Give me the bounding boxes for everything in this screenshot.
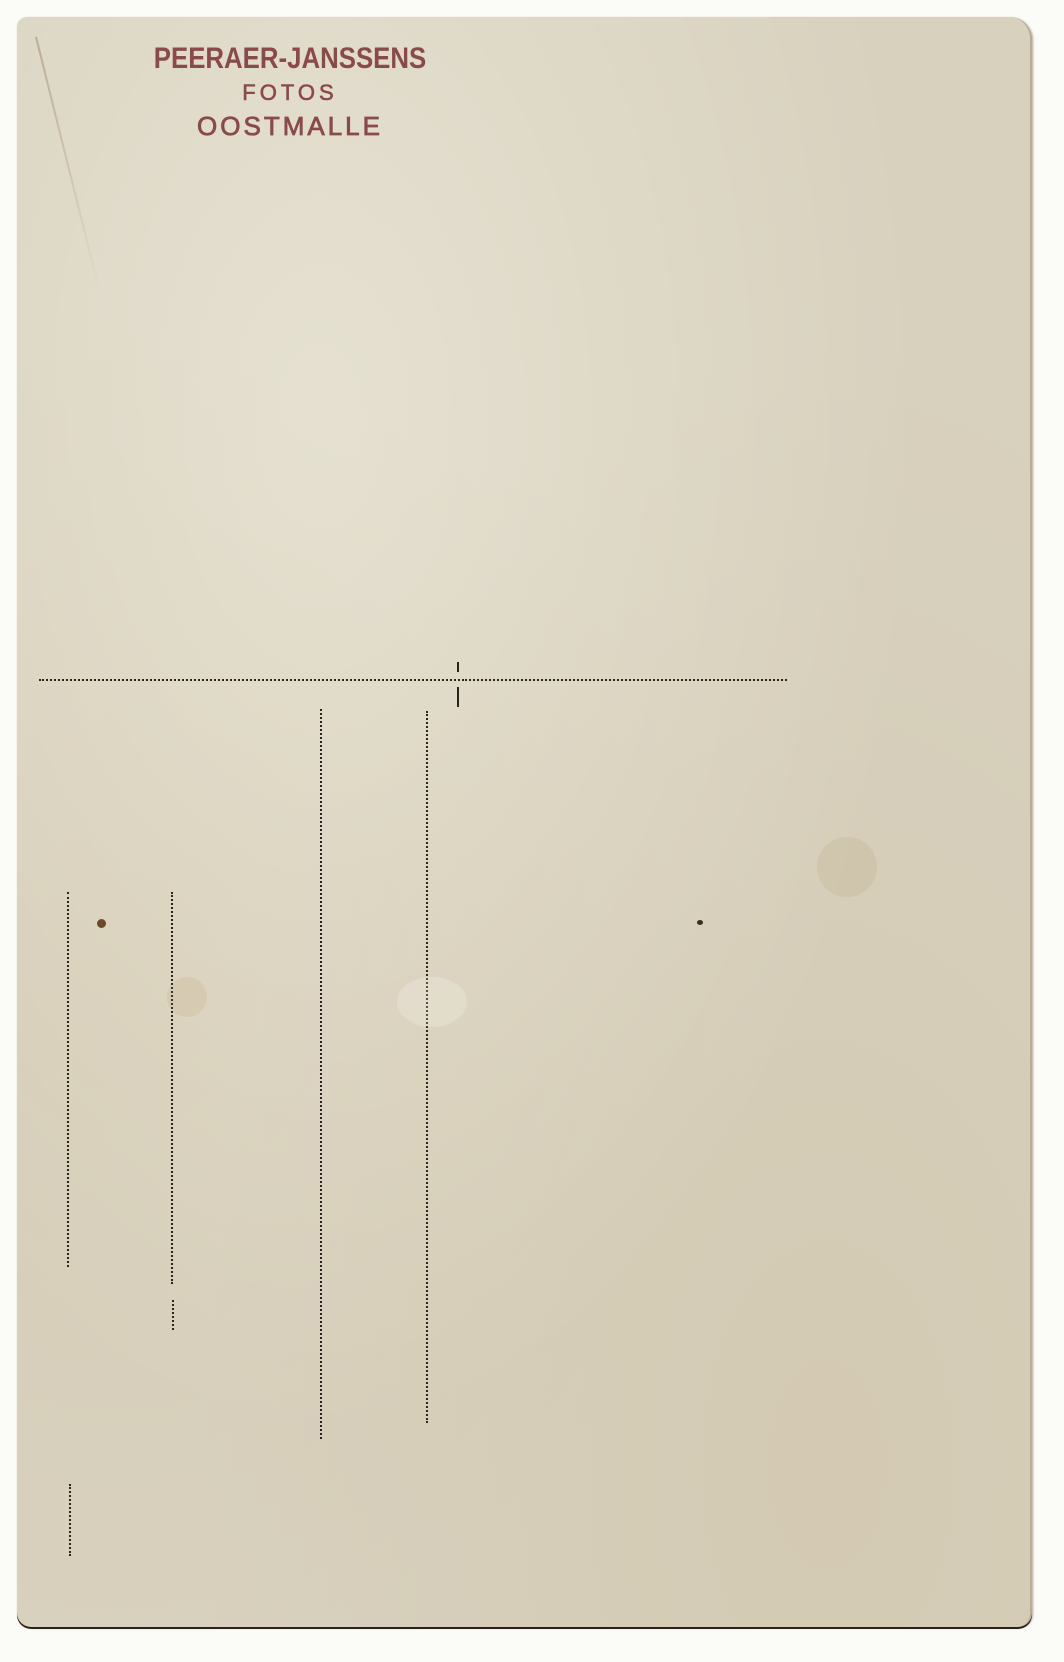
center-tick-top xyxy=(457,662,459,672)
vertical-line-3b xyxy=(69,1484,71,1556)
divider-line-left xyxy=(39,679,464,681)
divider-line-right xyxy=(465,679,787,681)
stamp-town: OOSTMALLE xyxy=(115,109,465,143)
vertical-line-3a xyxy=(67,892,69,1267)
postcard-back: PEERAER-JANSSENS FOTOS OOSTMALLE xyxy=(17,17,1032,1627)
faint-stain xyxy=(817,837,877,897)
faint-stain xyxy=(397,977,467,1027)
photographer-stamp: PEERAER-JANSSENS FOTOS OOSTMALLE xyxy=(115,41,465,143)
stamp-studio-name: PEERAER-JANSSENS xyxy=(140,41,441,77)
stain-spot xyxy=(97,919,106,928)
paper-crease xyxy=(35,37,100,290)
vertical-line-4a xyxy=(171,892,173,1284)
stamp-fotos: FOTOS xyxy=(115,77,465,109)
vertical-line-4b xyxy=(172,1300,174,1330)
scanned-postcard: PEERAER-JANSSENS FOTOS OOSTMALLE xyxy=(0,0,1064,1662)
faint-stain xyxy=(167,977,207,1017)
stain-spot xyxy=(697,920,703,925)
vertical-line-2 xyxy=(426,711,428,1423)
vertical-line-1 xyxy=(320,709,322,1439)
center-tick-bottom xyxy=(457,687,459,707)
